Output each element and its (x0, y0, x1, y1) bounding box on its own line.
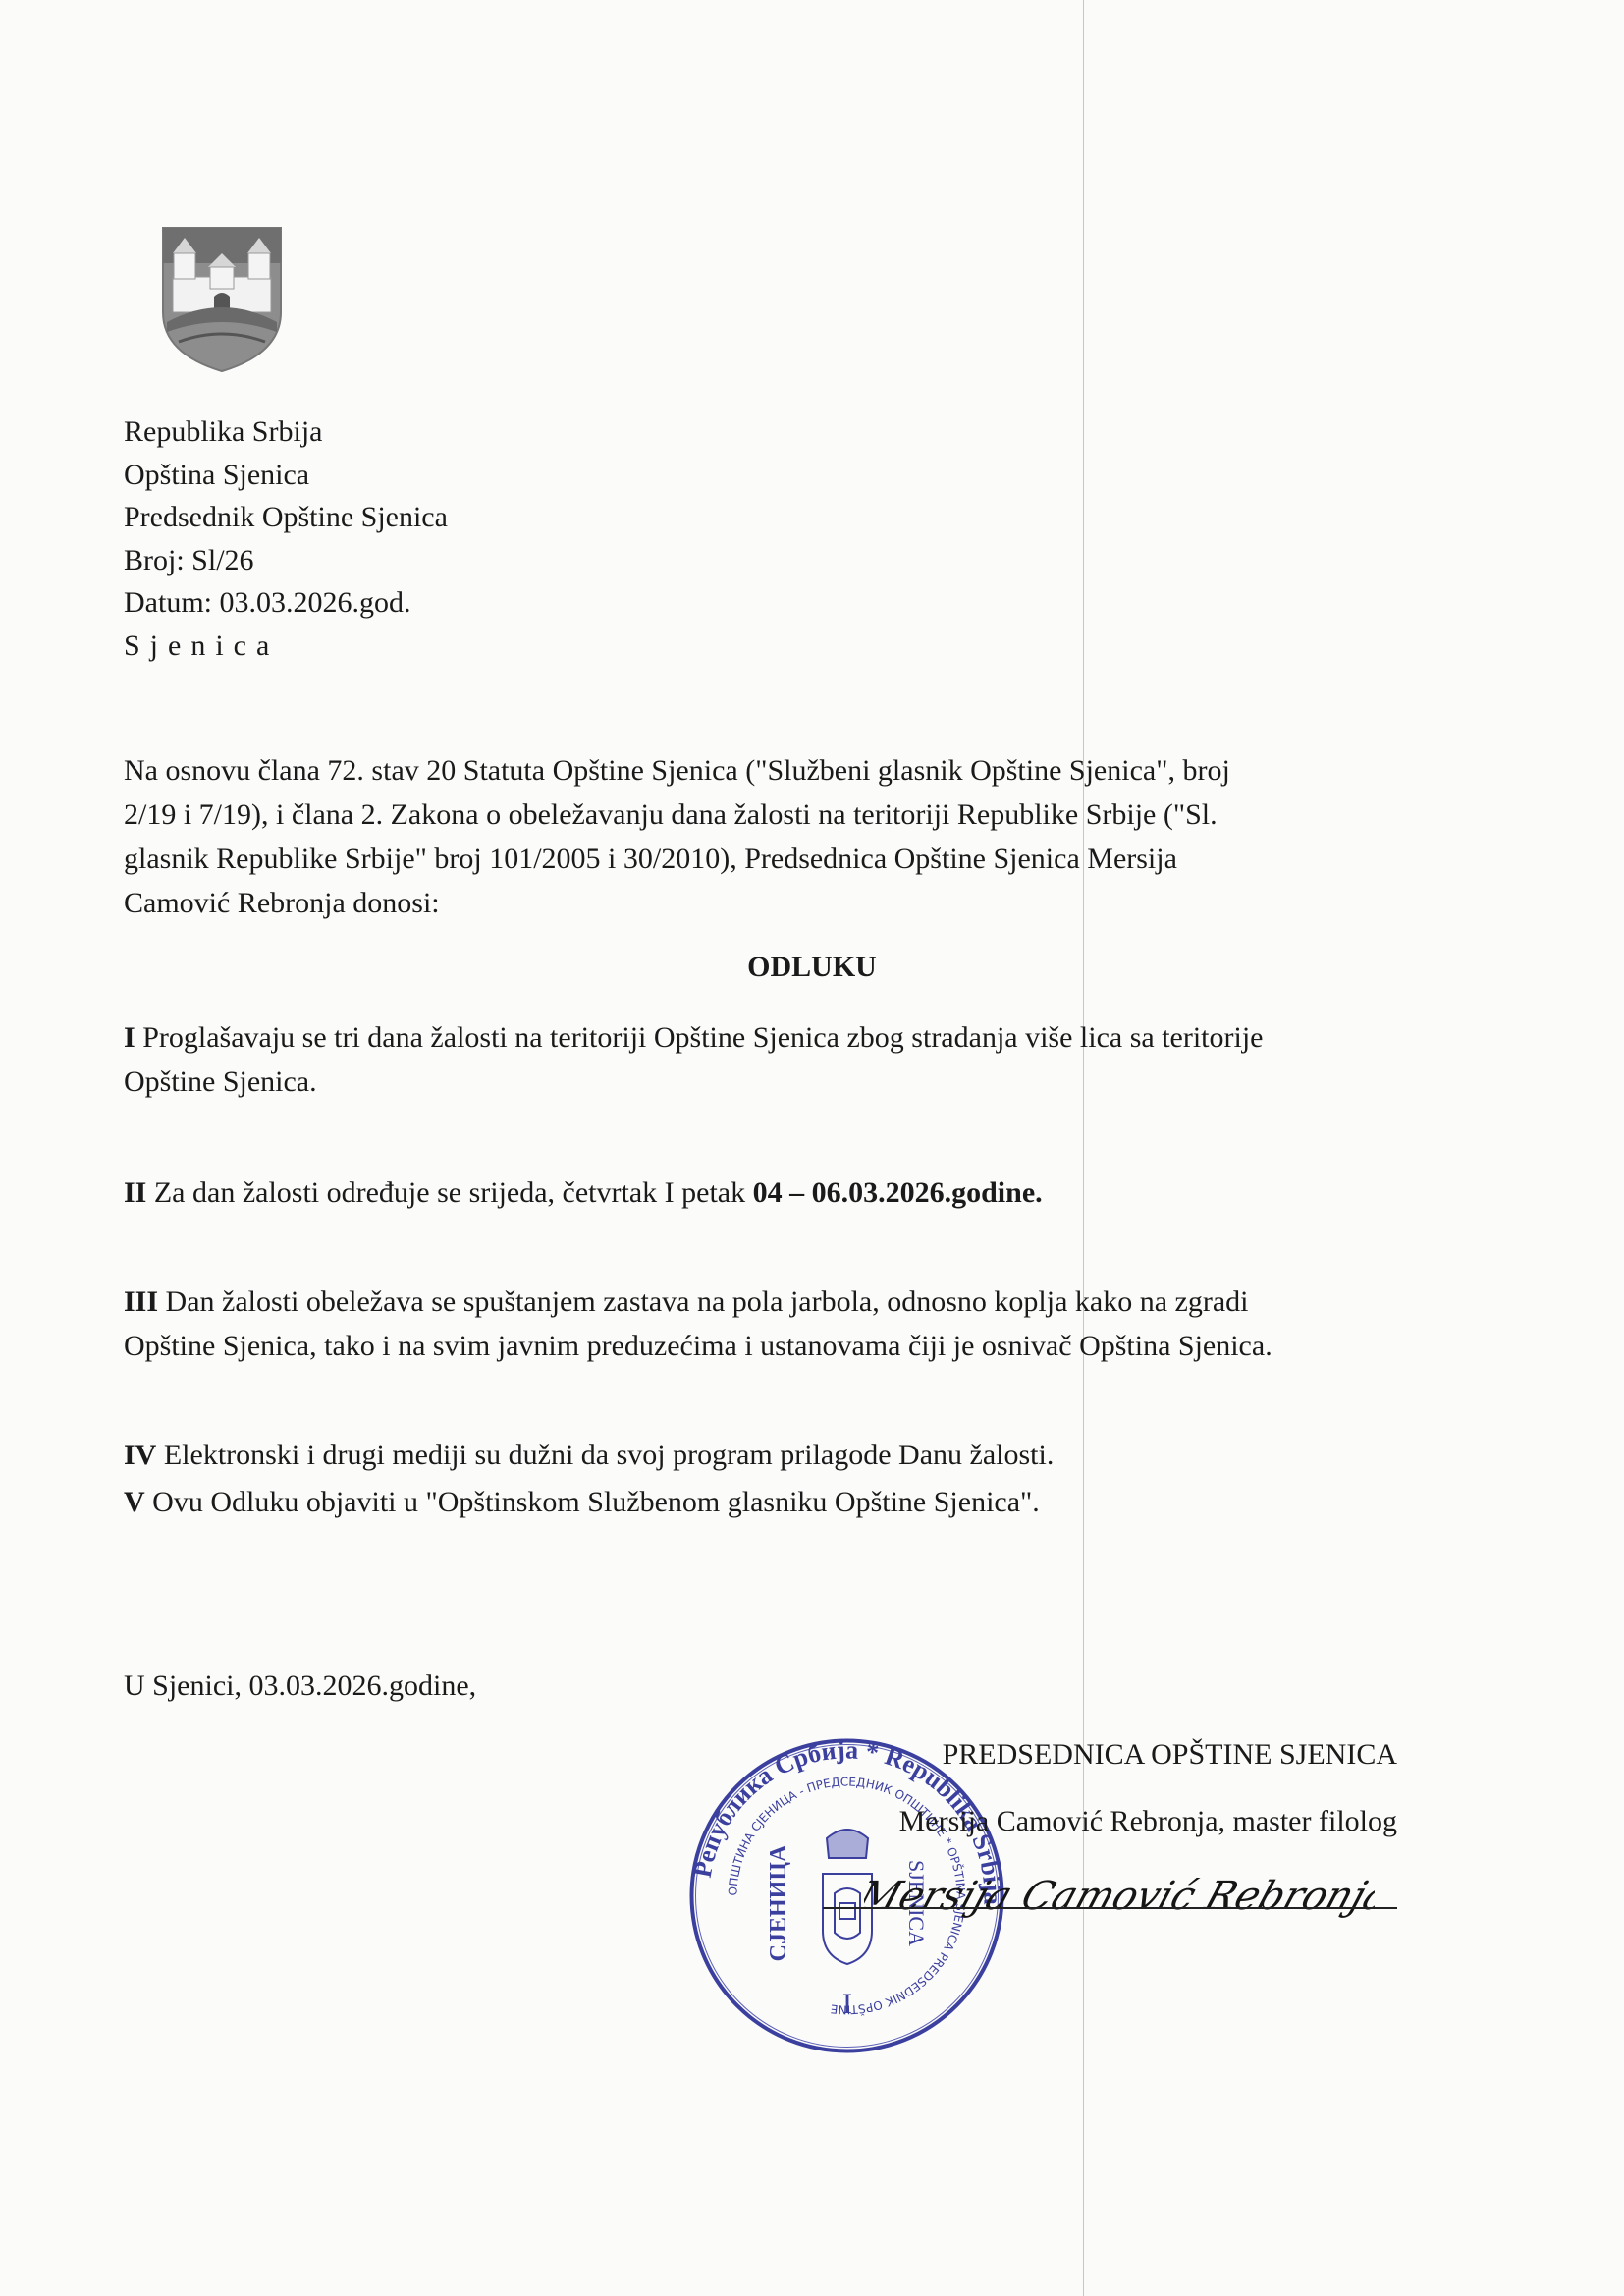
articles-4-5: IV Elektronski i drugi mediji su dužni d… (124, 1432, 1430, 1526)
preamble: Na osnovu člana 72. stav 20 Statuta Opšt… (124, 748, 1430, 925)
article-5: V Ovu Odluku objaviti u "Opštinskom Služ… (124, 1479, 1430, 1526)
signatory-title: PREDSEDNICA OPŠTINE SJENICA (943, 1738, 1397, 1772)
preamble-line: Na osnovu člana 72. stav 20 Statuta Opšt… (124, 748, 1430, 793)
svg-text:СЈЕНИЦА: СЈЕНИЦА (766, 1844, 791, 1961)
article-number: I (124, 1021, 135, 1054)
article-2: II Za dan žalosti određuje se srijeda, č… (124, 1171, 1430, 1215)
article-text: Opštine Sjenica, tako i na svim javnim p… (124, 1324, 1430, 1368)
document-header: Republika Srbija Opština Sjenica Predsed… (124, 410, 448, 667)
header-country: Republika Srbija (124, 410, 448, 454)
article-text: Dan žalosti obeležava se spuštanjem zast… (166, 1285, 1249, 1318)
place-and-date: U Sjenici, 03.03.2026.godine, (124, 1669, 476, 1703)
svg-text:Mersija Camović Rebronja: Mersija Camović Rebronja (864, 1873, 1375, 1919)
header-municipality: Opština Sjenica (124, 454, 448, 497)
signature-line (823, 1907, 1397, 1909)
header-city: Sjenica (124, 625, 448, 668)
article-text: Proglašavaju se tri dana žalosti na teri… (142, 1021, 1263, 1054)
header-date: Datum: 03.03.2026.god. (124, 581, 448, 625)
article-number: V (124, 1486, 145, 1518)
article-text: Za dan žalosti određuje se srijeda, četv… (154, 1176, 745, 1209)
article-number: III (124, 1285, 158, 1318)
header-office: Predsednik Opštine Sjenica (124, 496, 448, 539)
article-4: IV Elektronski i drugi mediji su dužni d… (124, 1432, 1430, 1479)
preamble-line: glasnik Republike Srbije" broj 101/2005 … (124, 837, 1430, 881)
svg-text:I: I (842, 1988, 852, 2020)
article-number: IV (124, 1439, 156, 1471)
decision-title: ODLUKU (0, 951, 1624, 984)
handwritten-signature: Mersija Camović Rebronja (864, 1854, 1375, 1933)
article-text: Opštine Sjenica. (124, 1060, 1430, 1104)
article-dates: 04 – 06.03.2026.godine. (753, 1176, 1043, 1209)
article-text: Ovu Odluku objaviti u "Opštinskom Službe… (152, 1486, 1040, 1518)
article-1: I Proglašavaju se tri dana žalosti na te… (124, 1015, 1430, 1104)
preamble-line: Camović Rebronja donosi: (124, 881, 1430, 925)
signatory-name: Mersija Camović Rebronja, master filolog (899, 1805, 1397, 1838)
coat-of-arms-icon (159, 224, 285, 373)
header-number: Broj: Sl/26 (124, 539, 448, 582)
scan-line-artifact (1083, 0, 1084, 2296)
article-number: II (124, 1176, 146, 1209)
article-text: Elektronski i drugi mediji su dužni da s… (164, 1439, 1055, 1471)
article-3: III Dan žalosti obeležava se spuštanjem … (124, 1280, 1430, 1368)
preamble-line: 2/19 i 7/19), i člana 2. Zakona o obelež… (124, 793, 1430, 837)
